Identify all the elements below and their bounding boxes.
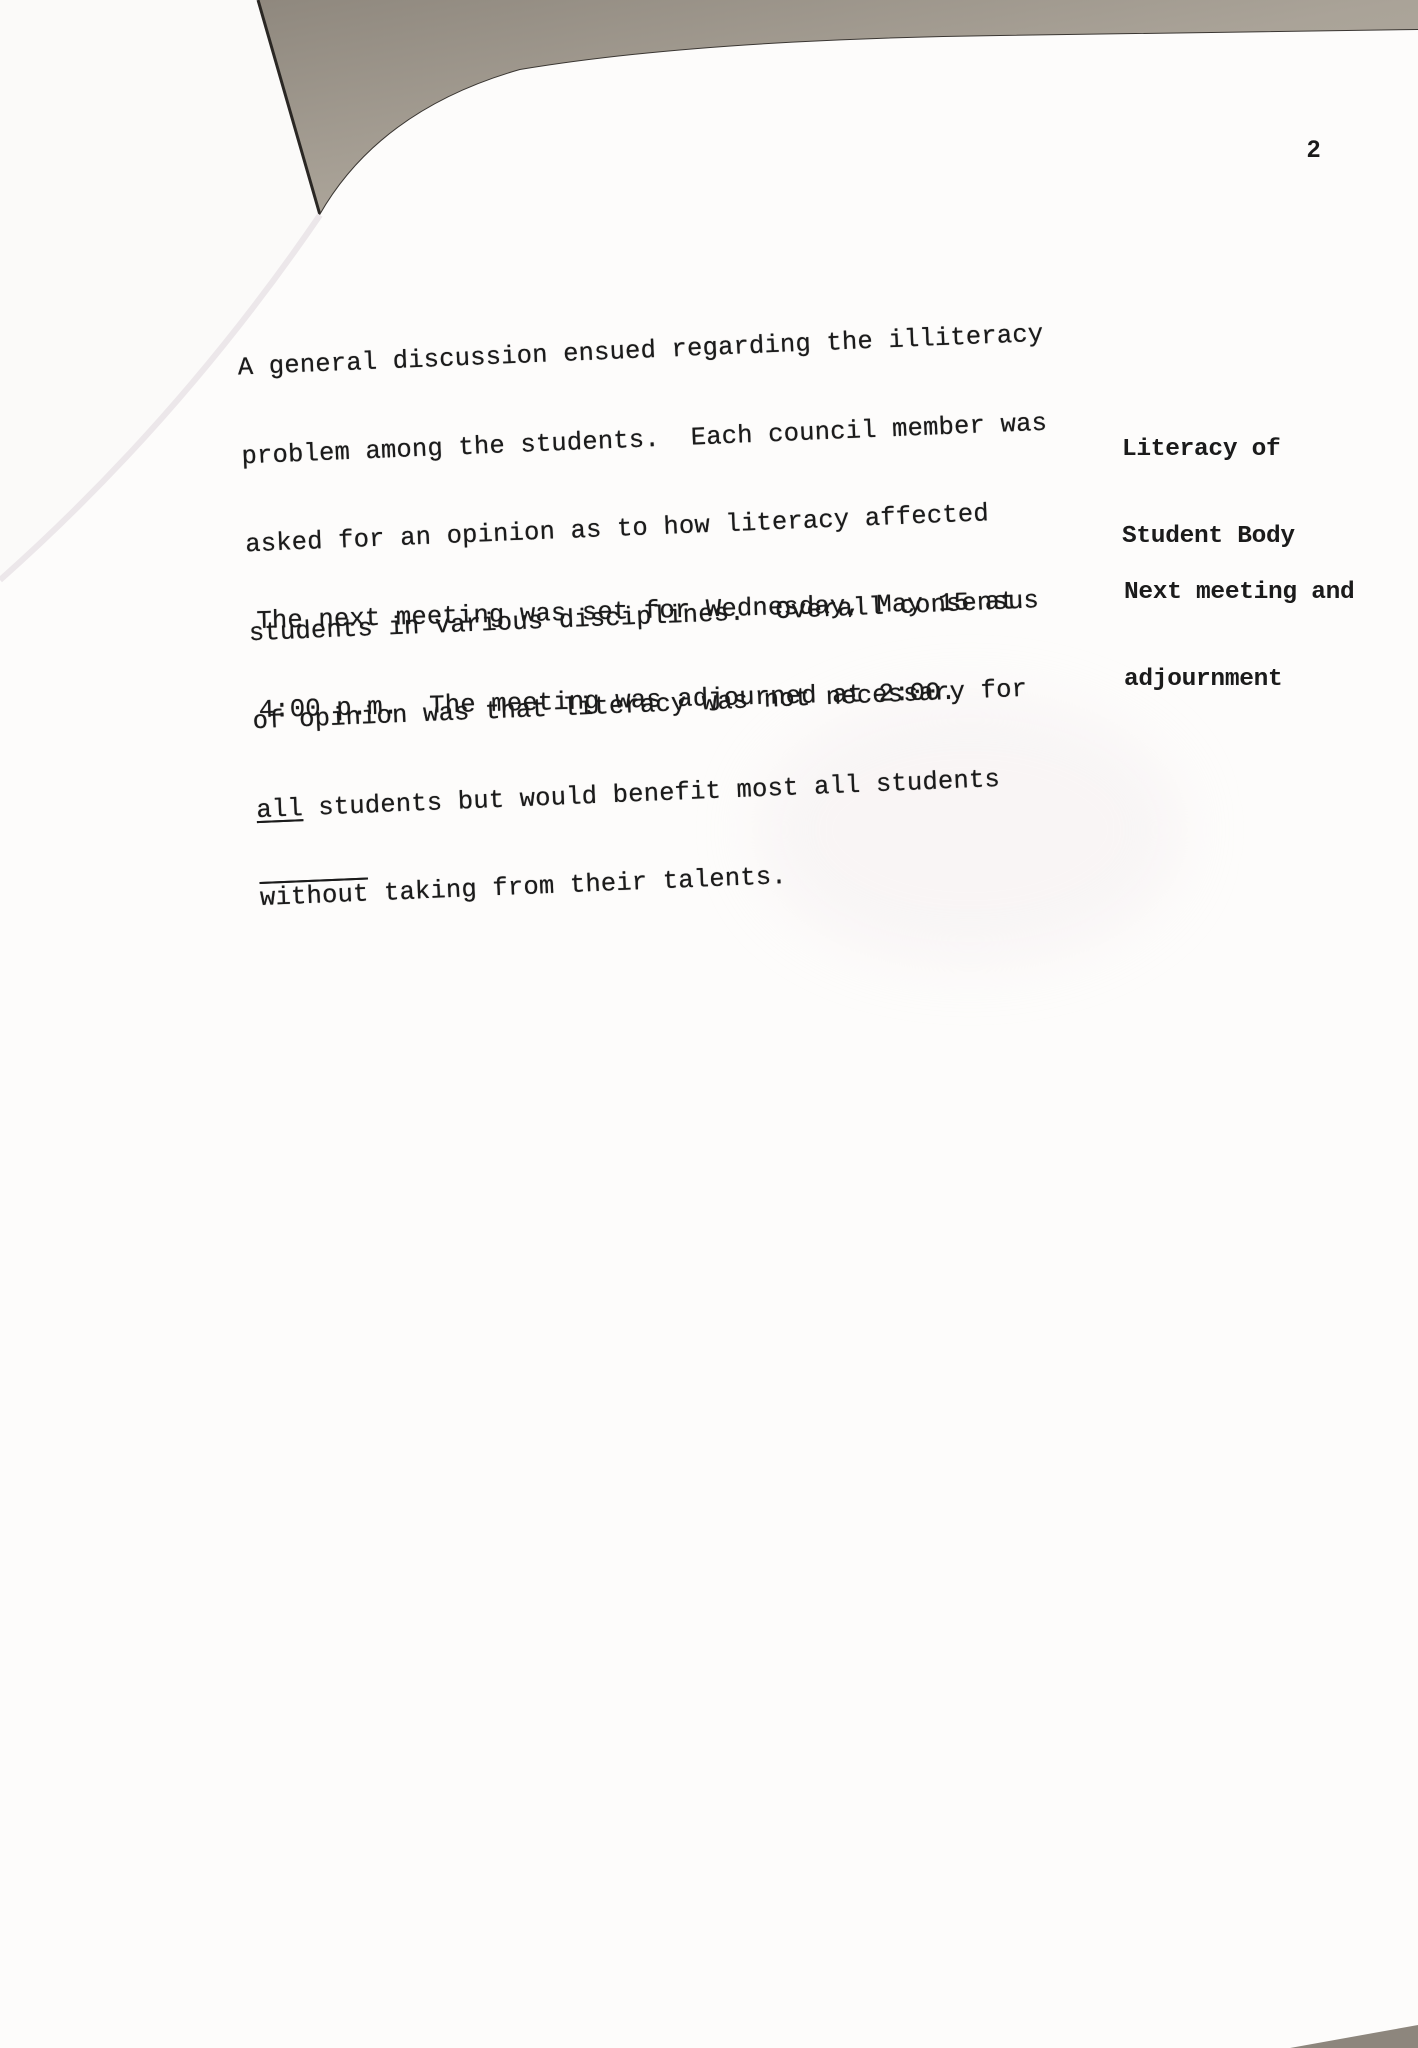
margin-note-line: Literacy of	[1122, 435, 1295, 464]
margin-note-adjournment: Next meeting and adjournment	[1124, 520, 1354, 723]
margin-note-line: adjournment	[1124, 665, 1354, 694]
paragraph-next-meeting: The next meeting was set for Wednesday, …	[255, 528, 1020, 754]
text-line: A general discussion ensued regarding th…	[237, 320, 1044, 383]
overlined-word: without	[260, 880, 370, 914]
underlined-word: all	[256, 794, 304, 825]
text-line: 4:00 p.m. The meeting was adjourned at 2…	[258, 676, 1018, 725]
page-number: 2	[1307, 136, 1320, 164]
text-fragment: taking from their talents.	[368, 862, 787, 909]
text-line: without taking from their talents.	[260, 850, 1067, 913]
text-line: problem among the students. Each council…	[241, 408, 1048, 471]
text-fragment: students but would benefit most all stud…	[302, 764, 1000, 822]
text-line: The next meeting was set for Wednesday, …	[256, 587, 1016, 636]
text-line: all students but would benefit most all …	[256, 762, 1063, 825]
margin-note-line: Next meeting and	[1124, 578, 1354, 607]
